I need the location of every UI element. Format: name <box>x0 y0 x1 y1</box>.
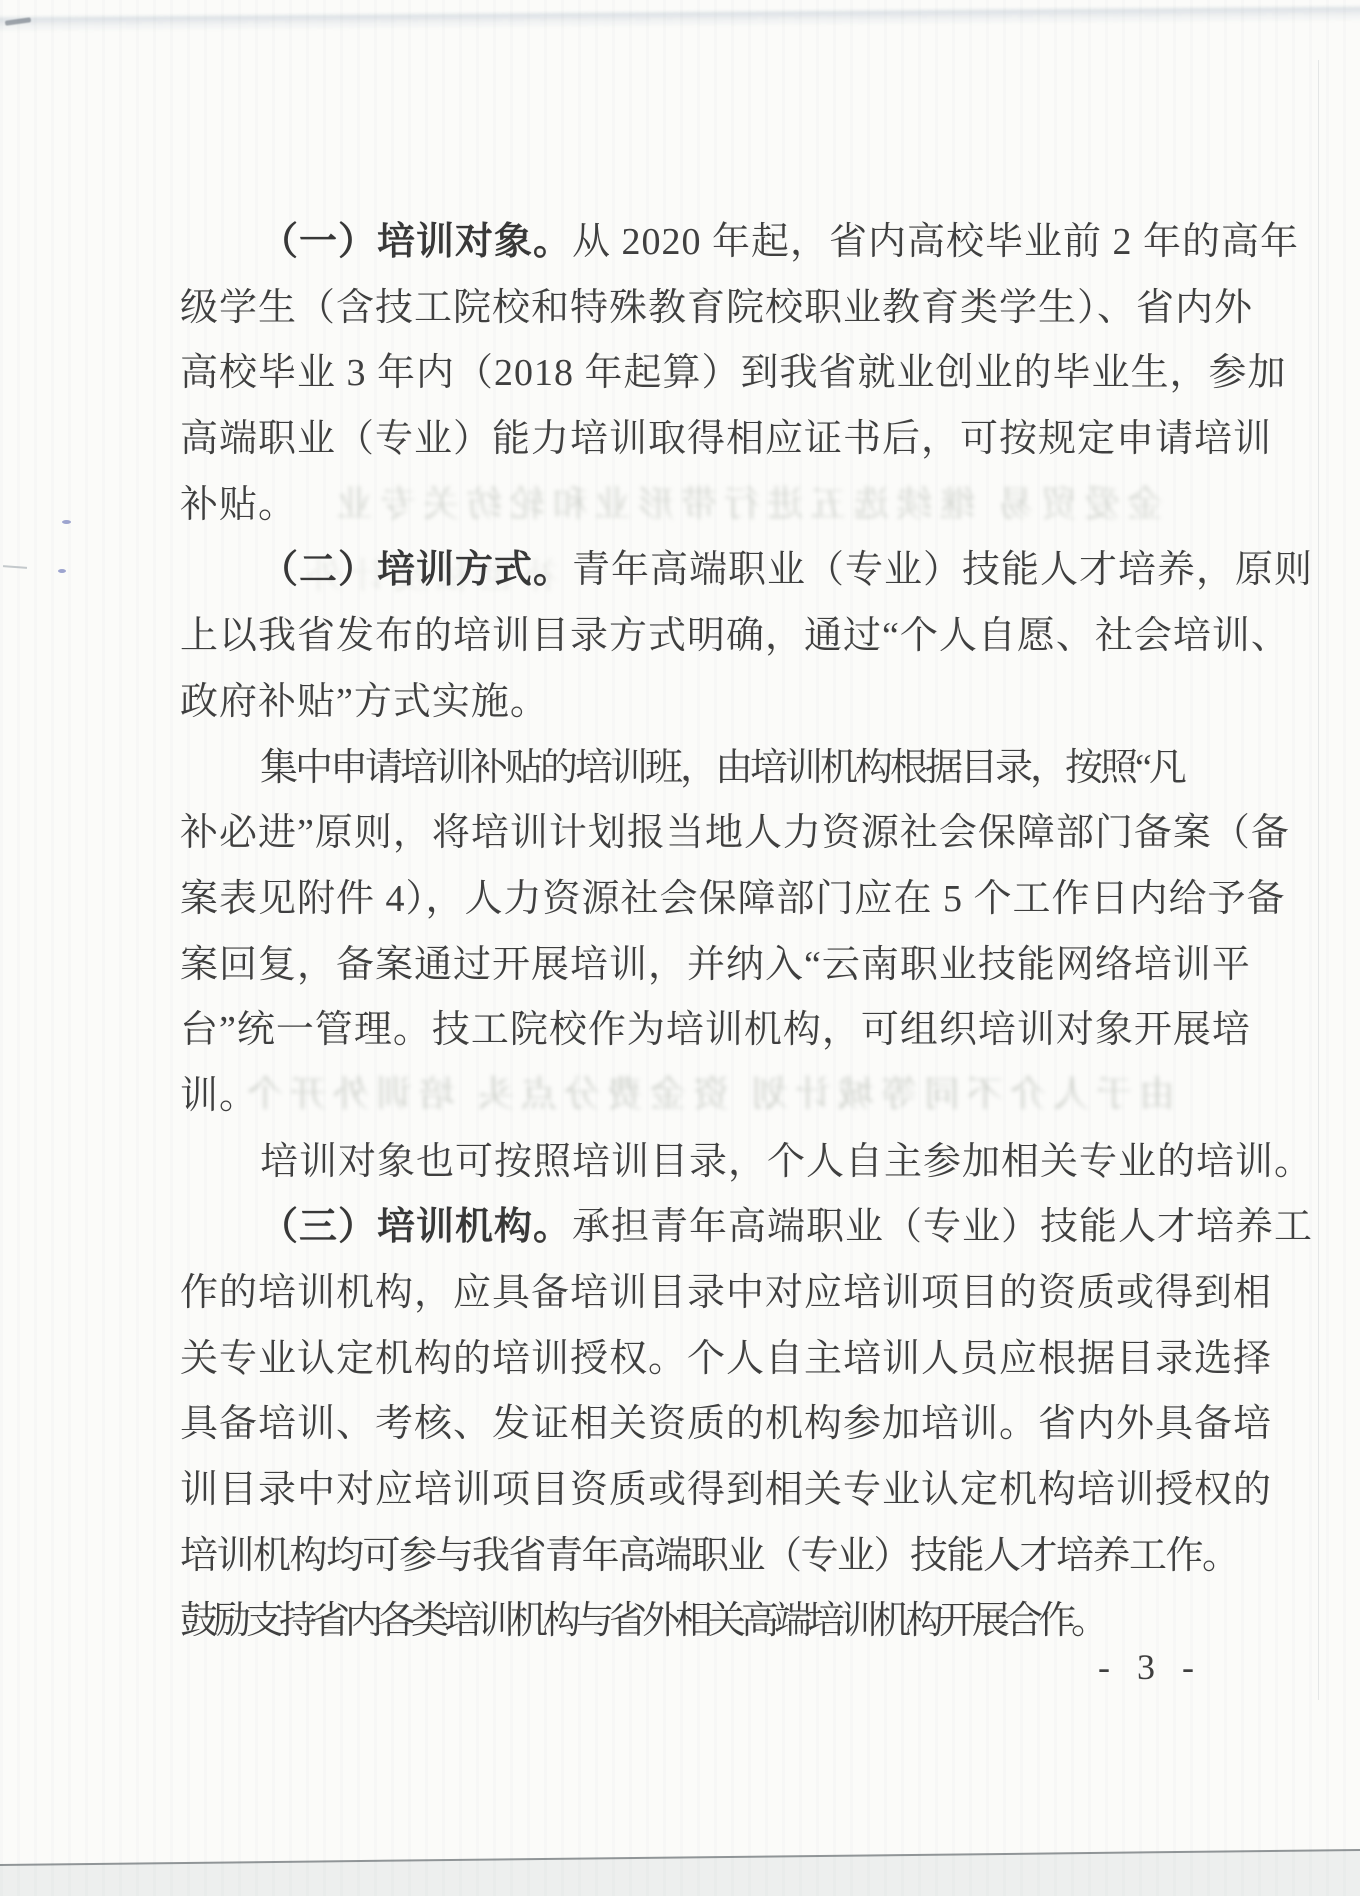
line-text: 补必进”原则，将培训计划报当地人力资源社会保障部门备案（备 <box>180 812 1290 854</box>
text-line: 高端职业（专业）能力培训取得相应证书后，可按规定申请培训 <box>180 407 1360 473</box>
line-text: 台”统一管理。技工院校作为培训机构，可组织培训对象开展培 <box>180 1009 1251 1051</box>
text-line: 上以我省发布的培训目录方式明确，通过“个人自愿、社会培训、 <box>180 604 1360 670</box>
text-line: 集中申请培训补贴的培训班，由培训机构根据目录，按照“凡 <box>180 736 1360 802</box>
text-line: 训。 <box>180 1064 1360 1130</box>
line-text: 上以我省发布的培训目录方式明确，通过“个人自愿、社会培训、 <box>180 615 1290 657</box>
section-heading: （二）培训方式。 <box>260 549 572 591</box>
line-text: 关专业认定机构的培训授权。个人自主培训人员应根据目录选择 <box>180 1338 1272 1380</box>
pen-speck-artifact <box>62 520 71 524</box>
line-text: 培训机构均可参与我省青年高端职业（专业）技能人才培养工作。 <box>180 1535 1239 1577</box>
text-line: 培训对象也可按照培训目录，个人自主参加相关专业的培训。 <box>180 1130 1360 1196</box>
text-line: 补必进”原则，将培训计划报当地人力资源社会保障部门备案（备 <box>180 801 1360 867</box>
document-body: （一）培训对象。从 2020 年起，省内高校毕业前 2 年的高年 级学生（含技工… <box>180 210 1360 1655</box>
text-line: 案回复，备案通过开展培训，并纳入“云南职业技能网络培训平 <box>180 933 1360 999</box>
text-line: 补贴。 <box>180 473 1360 539</box>
line-text: 集中申请培训补贴的培训班，由培训机构根据目录，按照“凡 <box>260 747 1184 789</box>
text-line: 训目录中对应培训项目资质或得到相关专业认定机构培训授权的 <box>180 1458 1360 1524</box>
section-heading: （三）培训机构。 <box>260 1206 572 1248</box>
text-line: （二）培训方式。青年高端职业（专业）技能人才培养，原则 <box>180 538 1360 604</box>
line-text: 训。 <box>180 1075 258 1117</box>
scan-right-edge-artifact <box>1318 60 1319 1700</box>
line-text: 从 2020 年起，省内高校毕业前 2 年的高年 <box>572 221 1299 263</box>
text-line: 作的培训机构，应具备培训目录中对应培训项目的资质或得到相 <box>180 1261 1360 1327</box>
line-text: 级学生（含技工院校和特殊教育院校职业教育类学生）、省内外 <box>180 287 1253 329</box>
text-line: （三）培训机构。承担青年高端职业（专业）技能人才培养工 <box>180 1195 1360 1261</box>
line-text: 具备培训、考核、发证相关资质的机构参加培训。省内外具备培 <box>180 1403 1272 1445</box>
line-text: 政府补贴”方式实施。 <box>180 681 549 723</box>
line-text: 培训对象也可按照培训目录，个人自主参加相关专业的培训。 <box>260 1141 1313 1183</box>
line-text: 高校毕业 3 年内（2018 年起算）到我省就业创业的毕业生，参加 <box>180 352 1287 394</box>
line-text: 作的培训机构，应具备培训目录中对应培训项目的资质或得到相 <box>180 1272 1272 1314</box>
text-line: 高校毕业 3 年内（2018 年起算）到我省就业创业的毕业生，参加 <box>180 341 1360 407</box>
text-line: 台”统一管理。技工院校作为培训机构，可组织培训对象开展培 <box>180 998 1360 1064</box>
text-line: 政府补贴”方式实施。 <box>180 670 1360 736</box>
line-text: 案回复，备案通过开展培训，并纳入“云南职业技能网络培训平 <box>180 944 1251 986</box>
line-text: 案表见附件 4），人力资源社会保障部门应在 5 个工作日内给予备 <box>180 878 1286 920</box>
text-line: 具备培训、考核、发证相关资质的机构参加培训。省内外具备培 <box>180 1392 1360 1458</box>
text-line: 培训机构均可参与我省青年高端职业（专业）技能人才培养工作。 <box>180 1524 1360 1590</box>
text-line: （一）培训对象。从 2020 年起，省内高校毕业前 2 年的高年 <box>180 210 1360 276</box>
line-text: 承担青年高端职业（专业）技能人才培养工 <box>572 1206 1313 1248</box>
text-line: 关专业认定机构的培训授权。个人自主培训人员应根据目录选择 <box>180 1327 1360 1393</box>
line-text: 高端职业（专业）能力培训取得相应证书后，可按规定申请培训 <box>180 418 1272 460</box>
text-line: 案表见附件 4），人力资源社会保障部门应在 5 个工作日内给予备 <box>180 867 1360 933</box>
line-text: 训目录中对应培训项目资质或得到相关专业认定机构培训授权的 <box>180 1469 1272 1511</box>
line-text: 补贴。 <box>180 484 297 526</box>
page-number: - 3 - <box>1098 1646 1203 1688</box>
line-text: 青年高端职业（专业）技能人才培养，原则 <box>572 549 1313 591</box>
line-text: 鼓励支持省内各类培训机构与省外相关高端培训机构开展合作。 <box>180 1600 1104 1642</box>
section-heading: （一）培训对象。 <box>260 221 572 263</box>
text-line: 级学生（含技工院校和特殊教育院校职业教育类学生）、省内外 <box>180 276 1360 342</box>
pen-speck-artifact <box>58 569 66 573</box>
